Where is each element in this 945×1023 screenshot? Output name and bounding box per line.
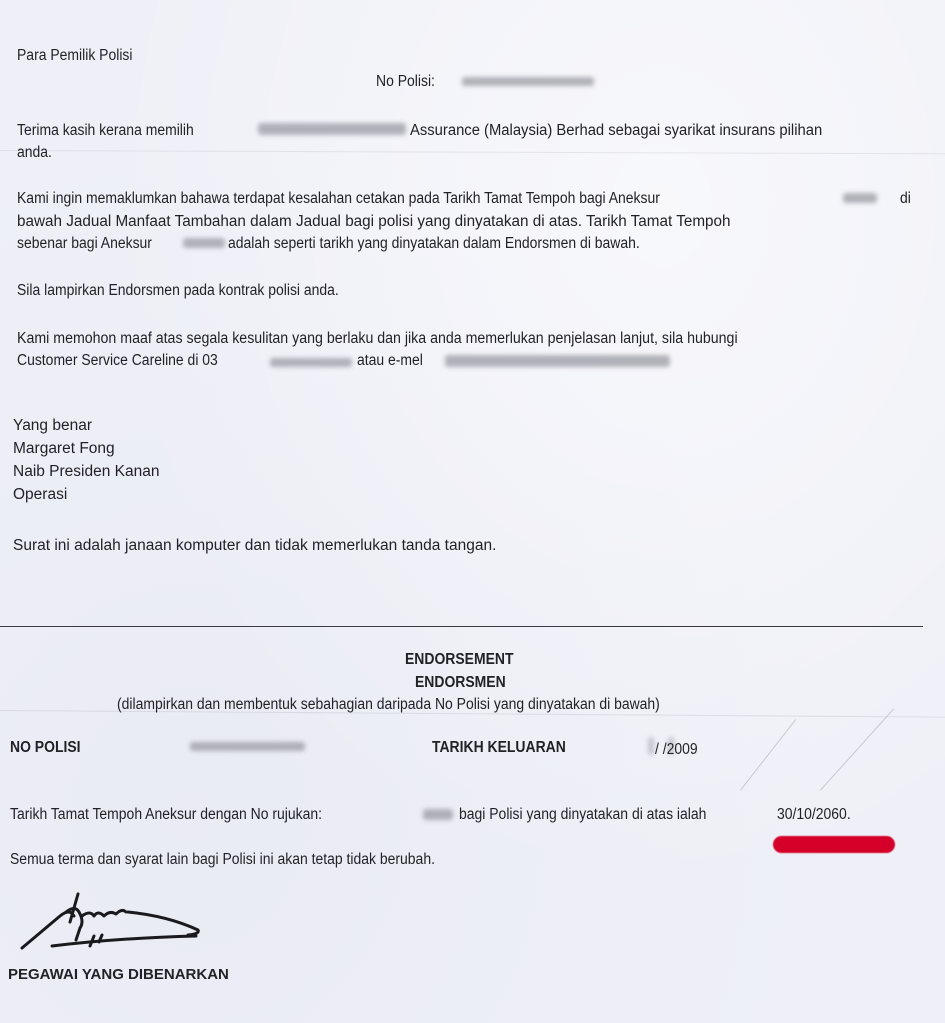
para2-line1-a: Kami ingin memaklumkan bahawa terdapat k… <box>17 191 660 207</box>
para2-line2: bawah Jadual Manfaat Tambahan dalam Jadu… <box>17 214 731 230</box>
para4-line2-b: atau e-mel <box>357 353 423 369</box>
para2-line3-a: sebenar bagi Aneksur <box>17 236 152 252</box>
section-divider <box>0 626 923 627</box>
signatory-name: Margaret Fong <box>13 441 115 457</box>
signatory-title: Naib Presiden Kanan <box>13 464 160 480</box>
policy-number-label: No Polisi: <box>376 74 435 90</box>
paper-crease <box>0 150 945 154</box>
redacted-issue-day <box>648 737 654 755</box>
redacted-annex-number <box>843 193 877 203</box>
endorsement-statement-a: Tarikh Tamat Tempoh Aneksur dengan No ru… <box>10 807 322 823</box>
para1-text-b: Assurance (Malaysia) Berhad sebagai syar… <box>410 123 822 139</box>
issue-date-label: TARIKH KELUARAN <box>432 740 566 756</box>
signatory-department: Operasi <box>13 487 67 503</box>
endorsement-statement-b: bagi Polisi yang dinyatakan di atas iala… <box>459 807 706 823</box>
para2-line1-b: di <box>900 191 911 207</box>
paper-crease <box>740 719 796 791</box>
closing: Yang benar <box>13 418 92 434</box>
endorsement-title-ms: ENDORSMEN <box>0 674 930 692</box>
red-highlight-mark <box>773 836 895 853</box>
handwritten-signature-icon <box>18 890 208 950</box>
para4-line1: Kami memohon maaf atas segala kesulitan … <box>17 331 738 347</box>
redacted-company-name <box>258 123 406 135</box>
para2-line3-b: adalah seperti tarikh yang dinyatakan da… <box>228 236 640 252</box>
endorsement-title-en: ENDORSEMENT <box>0 651 930 669</box>
expiry-date: 30/10/2060. <box>777 807 851 823</box>
para3: Sila lampirkan Endorsmen pada kontrak po… <box>17 283 339 299</box>
para4-line2-a: Customer Service Careline di 03 <box>17 353 218 369</box>
redacted-policy-number <box>462 77 594 86</box>
redacted-annex-number <box>183 238 225 248</box>
redacted-email <box>445 355 670 367</box>
redacted-phone-number <box>270 358 352 367</box>
endorsement-policy-label: NO POLISI <box>10 740 81 756</box>
salutation: Para Pemilik Polisi <box>17 48 133 64</box>
issue-date-value: / /2009 <box>655 742 698 758</box>
para1-text-a: Terima kasih kerana memilih <box>17 123 194 139</box>
computer-generated-note: Surat ini adalah janaan komputer dan tid… <box>13 538 496 554</box>
scanned-letter-paper: Para Pemilik Polisi No Polisi: Terima ka… <box>0 0 945 1023</box>
redacted-policy-number <box>190 742 305 751</box>
authorized-officer-label: PEGAWAI YANG DIBENARKAN <box>8 967 229 982</box>
endorsement-subtitle: (dilampirkan dan membentuk sebahagian da… <box>117 697 660 713</box>
redacted-reference-number <box>423 809 453 820</box>
terms-note: Semua terma dan syarat lain bagi Polisi … <box>10 852 435 868</box>
paper-crease <box>820 708 894 790</box>
para1-text-c: anda. <box>17 145 52 161</box>
